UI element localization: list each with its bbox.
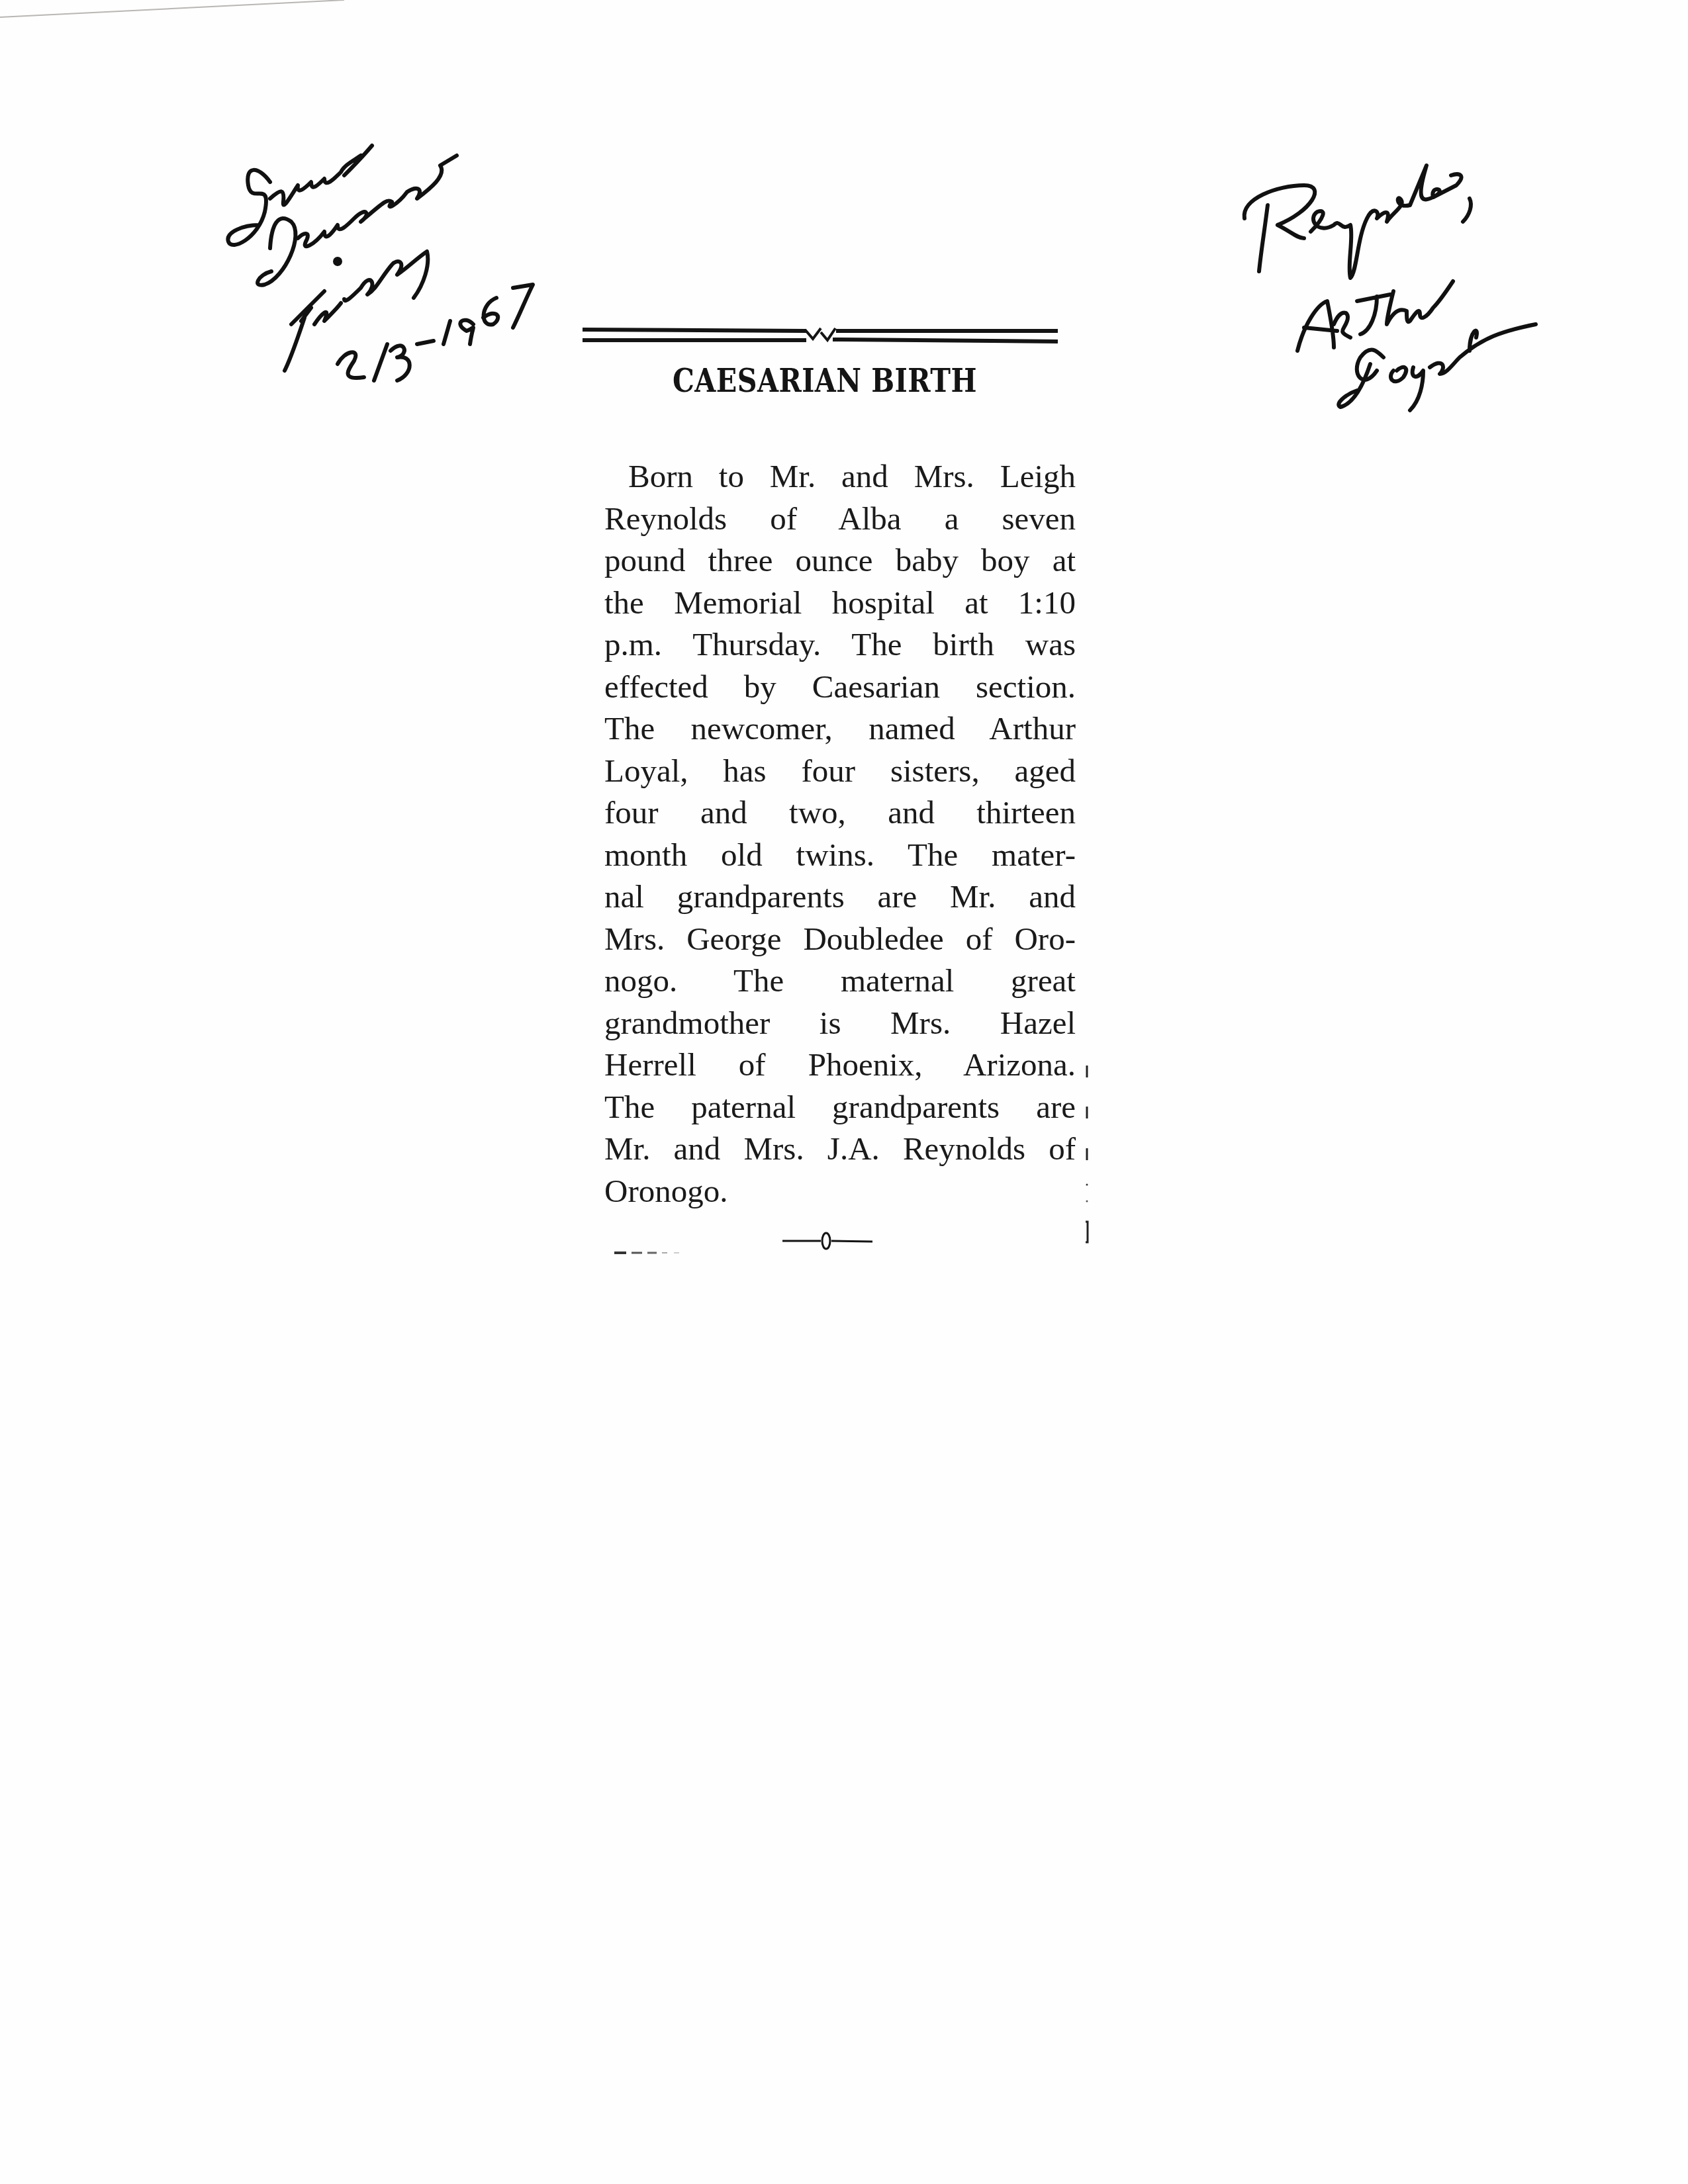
handwritten-note-source: Lamar Democrat Friday 2/3-1967 xyxy=(218,126,556,390)
headline: CAESARIAN BIRTH xyxy=(616,363,1035,400)
article-line: Herrell of Phoenix, Arizona. xyxy=(604,1044,1076,1086)
article-line: four and two, and thirteen xyxy=(604,792,1076,834)
article-line: the Memorial hospital at 1:10 xyxy=(604,582,1076,624)
article-line: Mrs. George Doubledee of Oro- xyxy=(604,918,1076,960)
article-line: Reynolds of Alba a seven xyxy=(604,498,1076,540)
newspaper-clipping: CAESARIAN BIRTH Born to Mr. and Mrs. Lei… xyxy=(581,324,1084,1284)
handwriting-scribble xyxy=(218,126,556,390)
article-line: Oronogo. xyxy=(604,1170,1076,1212)
scanned-page: Lamar Democrat Friday 2/3-1967 xyxy=(0,0,1688,2184)
article-line: grandmother is Mrs. Hazel xyxy=(604,1002,1076,1044)
page-edge-line xyxy=(0,0,1688,26)
adjacent-column-fragments xyxy=(1082,1052,1092,1244)
article-line: p.m. Thursday. The birth was xyxy=(604,623,1076,666)
article-line: effected by Caesarian section. xyxy=(604,666,1076,708)
article-line: The newcomer, named Arthur xyxy=(604,707,1076,750)
handwritten-note-name: Reynolds, Arthur Loyal xyxy=(1218,139,1562,417)
article-line: pound three ounce baby boy at xyxy=(604,539,1076,582)
headline-rule-ornament xyxy=(581,324,1059,345)
end-ornament xyxy=(781,1231,874,1251)
article-line: month old twins. The mater- xyxy=(604,834,1076,876)
article-line: Loyal, has four sisters, aged xyxy=(604,750,1076,792)
article-line: nal grandparents are Mr. and xyxy=(604,876,1076,918)
article-line: Born to Mr. and Mrs. Leigh xyxy=(604,455,1076,498)
article-body: Born to Mr. and Mrs. Leigh Reynolds of A… xyxy=(604,455,1076,1212)
handwriting-scribble xyxy=(1218,139,1562,417)
article-line: nogo. The maternal great xyxy=(604,960,1076,1002)
next-article-fragment xyxy=(614,1248,707,1256)
article-line: The paternal grandparents are xyxy=(604,1086,1076,1128)
article-line: Mr. and Mrs. J.A. Reynolds of xyxy=(604,1128,1076,1170)
